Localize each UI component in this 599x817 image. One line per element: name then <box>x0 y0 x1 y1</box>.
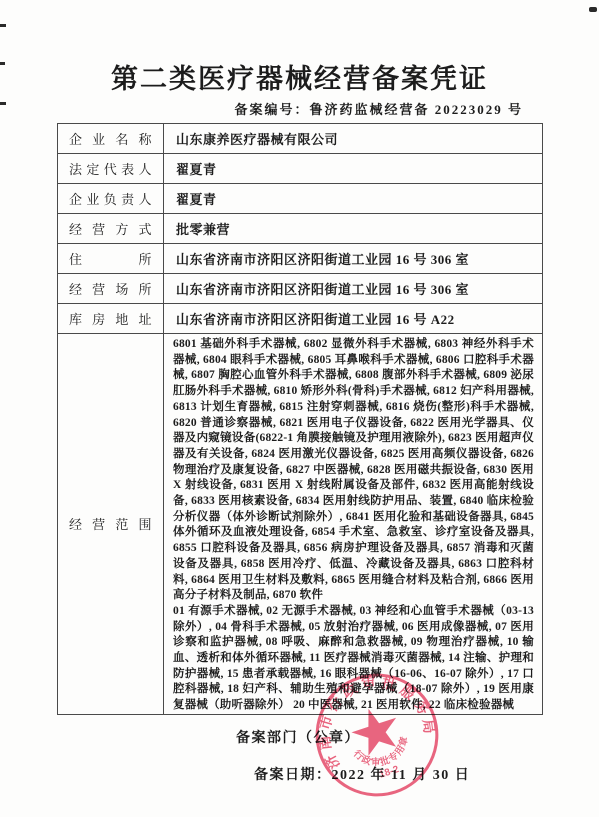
field-label-warehouse-address: 库房地址 <box>58 304 164 334</box>
field-value-legal-representative: 翟夏青 <box>164 154 543 184</box>
field-label-residence: 住所 <box>58 244 164 274</box>
table-row: 企业负责人 翟夏青 <box>58 184 543 214</box>
page-title: 第二类医疗器械经营备案凭证 <box>0 57 599 96</box>
field-value-company-name: 山东康养医疗器械有限公司 <box>164 124 543 154</box>
field-label-business-scope: 经营范围 <box>58 334 164 715</box>
field-value-company-manager: 翟夏青 <box>164 184 543 214</box>
scan-artifact <box>0 102 6 105</box>
field-value-business-mode: 批零兼营 <box>164 214 543 244</box>
table-row: 经营方式 批零兼营 <box>58 214 543 244</box>
business-scope-codes-numbered: 01 有源手术器械, 02 无源手术器械, 03 神经和心血管手术器械（03-1… <box>173 604 534 714</box>
scan-artifact <box>0 24 6 27</box>
record-number-value: 鲁济药监械经营备 20223029 号 <box>309 102 523 117</box>
field-value-business-scope: 6801 基础外科手术器械, 6802 显微外科手术器械, 6803 神经外科手… <box>164 334 543 715</box>
table-row: 企业名称 山东康养医疗器械有限公司 <box>58 124 543 154</box>
field-value-warehouse-address: 山东省济南市济阳区济阳街道工业园 16 号 A22 <box>164 304 543 334</box>
scan-artifact <box>589 7 597 12</box>
table-row: 库房地址 山东省济南市济阳区济阳街道工业园 16 号 A22 <box>58 304 543 334</box>
record-number: 备案编号：鲁济药监械经营备 20223029 号 <box>234 99 523 118</box>
field-label-company-manager: 企业负责人 <box>58 184 164 214</box>
field-label-business-mode: 经营方式 <box>58 214 164 244</box>
filing-department-label: 备案部门（公章） <box>236 727 360 747</box>
field-label-legal-representative: 法定代表人 <box>58 154 164 184</box>
certificate-table: 企业名称 山东康养医疗器械有限公司 法定代表人 翟夏青 企业负责人 翟夏青 经营… <box>57 123 543 715</box>
filing-date: 备案日期：2022 年 11 月 30 日 <box>254 764 470 784</box>
field-value-residence: 山东省济南市济阳区济阳街道工业园 16 号 306 室 <box>164 244 543 274</box>
filing-date-label: 备案日期： <box>254 768 332 783</box>
table-row: 经营场所 山东省济南市济阳区济阳街道工业园 16 号 306 室 <box>58 274 543 304</box>
business-scope-codes-6800: 6801 基础外科手术器械, 6802 显微外科手术器械, 6803 神经外科手… <box>173 337 534 604</box>
field-label-company-name: 企业名称 <box>58 124 164 154</box>
field-value-business-premises: 山东省济南市济阳区济阳街道工业园 16 号 306 室 <box>164 274 543 304</box>
table-row: 经营范围 6801 基础外科手术器械, 6802 显微外科手术器械, 6803 … <box>58 334 543 715</box>
table-row: 法定代表人 翟夏青 <box>58 154 543 184</box>
certificate-page: 第二类医疗器械经营备案凭证 备案编号：鲁济药监械经营备 20223029 号 企… <box>0 0 599 817</box>
field-label-business-premises: 经营场所 <box>58 274 164 304</box>
record-number-label: 备案编号： <box>234 102 309 117</box>
table-row: 住所 山东省济南市济阳区济阳街道工业园 16 号 306 室 <box>58 244 543 274</box>
filing-date-value: 2022 年 11 月 30 日 <box>332 768 471 783</box>
